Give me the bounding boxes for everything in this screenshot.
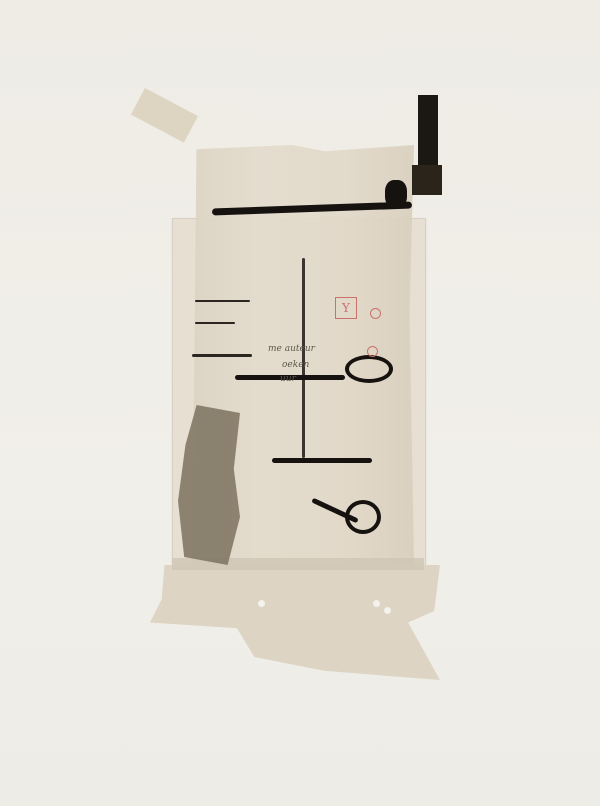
script-line	[192, 354, 252, 357]
ink-tab-base	[412, 165, 442, 195]
small-red-seal	[367, 346, 378, 357]
artwork-photo: me auteur oeken uur Y	[0, 0, 600, 806]
printed-text-line: me auteur	[268, 344, 315, 354]
paper-strip	[131, 88, 198, 143]
script-line	[195, 300, 250, 302]
vertical-ink-line	[302, 258, 305, 458]
small-red-seal	[370, 308, 381, 319]
script-line	[195, 322, 235, 324]
torn-paper-lower	[150, 565, 440, 680]
calligraphy-loop	[345, 500, 381, 534]
paper-hole	[373, 600, 380, 607]
calligraphy-stroke	[272, 458, 372, 463]
paper-hole	[258, 600, 265, 607]
calligraphy-blot	[385, 180, 407, 208]
red-seal-stamp: Y	[335, 297, 357, 319]
printed-text-line: uur	[280, 374, 296, 384]
calligraphy-loop	[345, 355, 393, 383]
paper-hole	[384, 607, 391, 614]
printed-text-line: oeken	[282, 360, 309, 370]
